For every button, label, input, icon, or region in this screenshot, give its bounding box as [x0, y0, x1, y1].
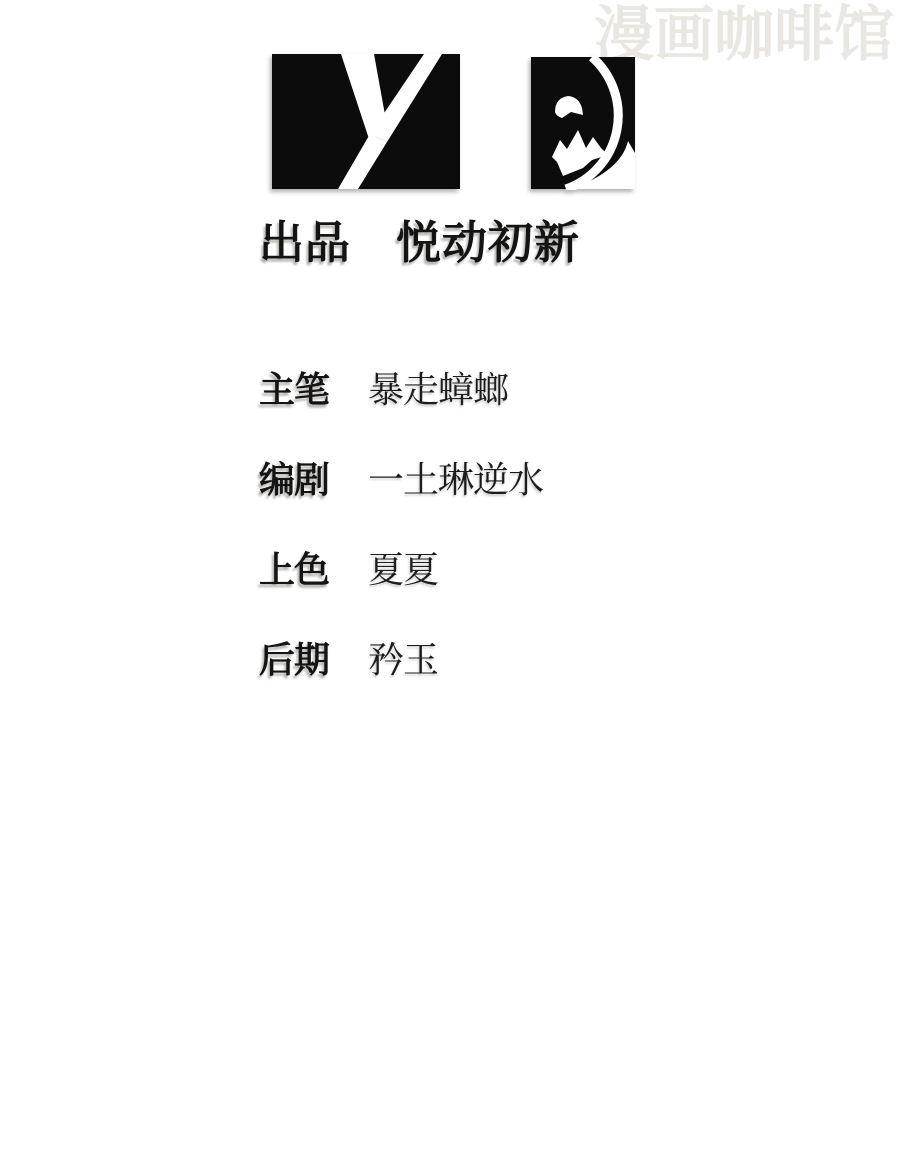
producer-line: 出品 悦动初新: [259, 206, 580, 271]
credit-name: 一土琳逆水: [368, 452, 543, 503]
credit-role: 上色: [259, 542, 368, 593]
producer-label: 出品: [259, 206, 351, 271]
credit-row-lead-artist: 主笔 暴走蟑螂: [259, 362, 543, 452]
manga-credits-page: 漫画咖啡馆 出品 悦动初新 主笔 暴走蟑螂 编剧 一土琳逆水 上色: [0, 0, 900, 1162]
logo-left-y-mark: [272, 54, 460, 189]
credit-row-screenwriter: 编剧 一土琳逆水: [259, 452, 543, 542]
credit-name: 夏夏: [368, 542, 438, 593]
credit-row-colorist: 上色 夏夏: [259, 542, 543, 632]
credit-role: 主笔: [259, 362, 368, 413]
credit-name: 暴走蟑螂: [368, 362, 508, 413]
studio-logo: [272, 52, 636, 190]
producer-name: 悦动初新: [396, 206, 580, 271]
credits-list: 主笔 暴走蟑螂 编剧 一土琳逆水 上色 夏夏 后期 矜玉: [259, 362, 543, 722]
logo-right-moon-face-mark: [531, 57, 635, 189]
credit-role: 后期: [259, 632, 368, 683]
site-watermark: 漫画咖啡馆: [594, 2, 894, 68]
credit-row-post-production: 后期 矜玉: [259, 632, 543, 722]
credit-role: 编剧: [259, 452, 368, 503]
credit-name: 矜玉: [368, 632, 438, 683]
